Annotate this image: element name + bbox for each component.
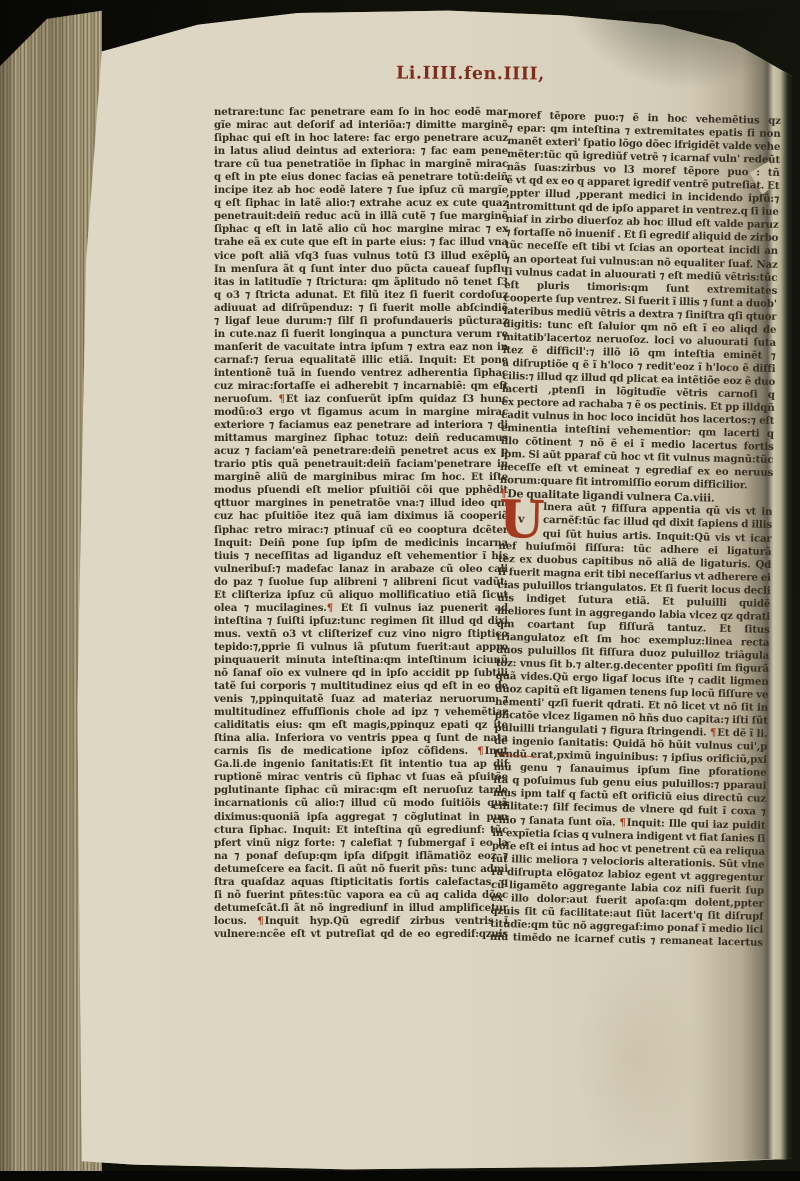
text-line: itas in latitudĩe ⁊ ſtrictura: qm ãplitu… xyxy=(214,276,508,289)
text-line: intentionẽ tuã in ſuendo ventrez adheren… xyxy=(214,367,508,380)
text-line: in latus aliud deintus ad exteriora: ⁊ f… xyxy=(214,145,508,158)
text-line: penetrauit:deiñ reduc acũ in illã cutẽ ⁊… xyxy=(214,210,508,223)
text-line: venis ⁊,ppinquitatẽ ſuaz ad materiaz ner… xyxy=(214,693,508,706)
text-line: Inquit: Deiñ pone ſup ipſm de medicinis … xyxy=(214,537,508,550)
paragraph-mark: ¶ xyxy=(477,745,484,757)
text-line: marginẽ aliũ de marginibus mirac ſm hoc.… xyxy=(214,471,508,484)
running-head: Li.IIII.fen.IIII, xyxy=(396,63,545,84)
text-line: In menſura ãt q ſunt inter duo pũcta cau… xyxy=(214,263,508,276)
text-line: ruptionẽ mirac ventris cũ ſiphac vt ſuas… xyxy=(214,771,508,784)
text-line: trahe eã ex cute que eſt in parte eius: … xyxy=(214,236,508,249)
text-line: modus pſuendi eſt melior pſuitiõi cõi qu… xyxy=(214,484,508,497)
text-line: in cute.naz ſi fuerit longinqua a punctu… xyxy=(214,328,508,341)
text-line: incarnationis cũ alio:⁊ illud cũ modo ſu… xyxy=(214,797,508,810)
text-line: tepido:⁊,pprie ſi vulnus iã pſutum fueri… xyxy=(214,641,508,654)
right-column-segment-b: nef huiuſmõi fiſſura: tũc adhere ei liga… xyxy=(490,539,772,949)
text-line: diximus:quoniã ipſa aggregat ⁊ cõglutina… xyxy=(214,811,508,824)
text-line: do paz ⁊ ſuolue ſup alibreni ⁊ alibreni … xyxy=(214,576,508,589)
text-line: trare cũ tua penetratiõe in ſiphac in ma… xyxy=(214,158,508,171)
text-line: adiuuat ad diſrũpenduz: ⁊ ſi fuerit moll… xyxy=(214,302,508,315)
text-line: ſiphac q eſt in latẽ alio cũ hoc margine… xyxy=(214,223,508,236)
text-line: qttuor margines in penetratõe vna:⁊ illu… xyxy=(214,497,508,510)
text-line: acuz ⁊ faciam'eã penetrare:deiñ penetret… xyxy=(214,445,508,458)
text-line: netrare:tunc fac penetrare eam ſo in hoc… xyxy=(214,106,508,119)
text-line: mittamus marginez ſiphac totuz: deiñ red… xyxy=(214,432,508,445)
text-line: pinquauerit minuta inteſtina:qm inteſtin… xyxy=(214,654,508,667)
text-line: Et cliſteriza ipſuz cũ aliquo mollificat… xyxy=(214,589,508,602)
text-line: tiuis ⁊ neceſſitas ad liganduz eſt vehem… xyxy=(214,550,508,563)
text-line: carnaf:⁊ ſerua equalitatẽ illic etiã. In… xyxy=(214,354,508,367)
text-line: pfert vinũ nigz forte: ⁊ calefiat ⁊ ſubm… xyxy=(214,837,508,850)
text-line: Ga.li.de ingenio ſanitatis:Et ſit intent… xyxy=(214,758,508,771)
text-line: cuz hac pſuitiõe itez quã iam diximus iã… xyxy=(214,510,508,523)
text-line: nõ ſanaf oĩo ex vulnere qd in ipſo accid… xyxy=(214,667,508,680)
text-line: q o3 ⁊ ſtricta adunat. Et filũ itez ſi f… xyxy=(214,289,508,302)
text-line: vulnere:ncẽe eſt vt putreſiat qd de eo e… xyxy=(214,928,508,941)
text-column-left: netrare:tunc fac penetrare eam ſo in hoc… xyxy=(214,106,508,941)
book-scan: Li.IIII.fen.IIII, netrare:tunc fac penet… xyxy=(0,0,800,1181)
paragraph-mark: ¶ xyxy=(279,393,286,405)
text-line: ſtina alia. Inferiora vo ventris ppea q … xyxy=(214,732,508,745)
text-line: detumeſcere ea facit. ſi aũt nõ fuerit p… xyxy=(214,863,508,876)
text-column-right: moref tẽpore puo:⁊ ẽ in hoc vehemẽtius q… xyxy=(490,109,781,950)
text-line: manſerit de vacuitate intra ipſum ⁊ extr… xyxy=(214,341,508,354)
text-line: tatẽ ſui corporis ⁊ multitudinez eius qd… xyxy=(214,680,508,693)
text-line: carnis ſis de medicatione ipſoz cõfidens… xyxy=(214,745,508,758)
text-line: gĩe mirac aut deſorif ad interiõa:⁊ dimi… xyxy=(214,119,508,132)
text-line: q eſt in pte eius donec facias eã penetr… xyxy=(214,171,508,184)
text-line: vice poſt aliã vſq3 ſuas vulnus totũ ſ3 … xyxy=(214,250,508,263)
text-line: ⁊ ligaf leue durum:⁊ ſilf ſi profundauer… xyxy=(214,315,508,328)
text-line: modũ:o3 ergo vt figamus acum in margine … xyxy=(214,406,508,419)
text-line: ſi nõ fuerint pñtes:tũc vapora ea cũ aq … xyxy=(214,889,508,902)
text-line: trario ptis quã penetrauit:deiñ faciam'p… xyxy=(214,458,508,471)
text-line: pglutinante ſiphac cũ mirac:qm eſt neruo… xyxy=(214,784,508,797)
text-line: olea ⁊ mucilagines.¶ Et ſi vulnus iaz pu… xyxy=(214,602,508,615)
paragraph-mark: ¶ xyxy=(257,915,264,927)
paragraph-mark: ¶ xyxy=(710,727,718,739)
text-line: q eſt ſiphac in latẽ alio:⁊ extrahe acuz… xyxy=(214,197,508,210)
drop-cap-paragraph: Uv lnera aũt ⁊ fiſſura appentia qũ vis v… xyxy=(499,500,773,545)
text-line: ſiphac qui eſt in hoc latere: fac ergo p… xyxy=(214,132,508,145)
text-line: vulneribuſ:⁊ madefac lanaz in arabaze cũ… xyxy=(214,563,508,576)
text-line: caliditatis eius: qm eſt magis,ppinquz e… xyxy=(214,719,508,732)
drop-cap-initial: Uv xyxy=(499,500,544,540)
text-line: locus. ¶Inquit hyp.Qũ egredif zirbus ven… xyxy=(214,915,508,928)
text-line: neruoſum. ¶Et iaz conſuerũt ipſm quidaz … xyxy=(214,393,508,406)
paragraph-mark: ¶ xyxy=(327,602,334,614)
text-line: ſiphac retro mirac:⁊ ptinuaf cũ eo coopt… xyxy=(214,524,508,537)
text-line: ſtra quaſdaz aquas ſtipticitatis fortis … xyxy=(214,876,508,889)
text-line: cuz mirac:fortaſſe ei adherebit ⁊ incarn… xyxy=(214,380,508,393)
text-line: multitudinez effuſſionis chole ad ipz ⁊ … xyxy=(214,706,508,719)
text-line: exteriore ⁊ faciamus eaz penetrare ad in… xyxy=(214,419,508,432)
text-line: ctura ſiphac. Inquit: Et inteſtina qũ eg… xyxy=(214,824,508,837)
guide-letter: v xyxy=(518,514,525,525)
text-line: incipe itez ab hoc eodẽ latere ⁊ ſue ipſ… xyxy=(214,184,508,197)
table-surface xyxy=(0,1171,800,1181)
text-line: mus. vextñ o3 vt cliſterizef cuz vino ni… xyxy=(214,628,508,641)
text-line: na ⁊ ponaf deſup:qm ipſa diſpgit iflãmat… xyxy=(214,850,508,863)
text-line: detumeſcãt.ſi ãt nõ ingrediunf in illud … xyxy=(214,902,508,915)
right-column-segment-a: moref tẽpore puo:⁊ ẽ in hoc vehemẽtius q… xyxy=(500,109,781,493)
text-line: inteſtina ⁊ ſuiſti ipſuz:tunc regimen ſi… xyxy=(214,615,508,628)
paragraph-mark: ¶ xyxy=(619,816,627,828)
